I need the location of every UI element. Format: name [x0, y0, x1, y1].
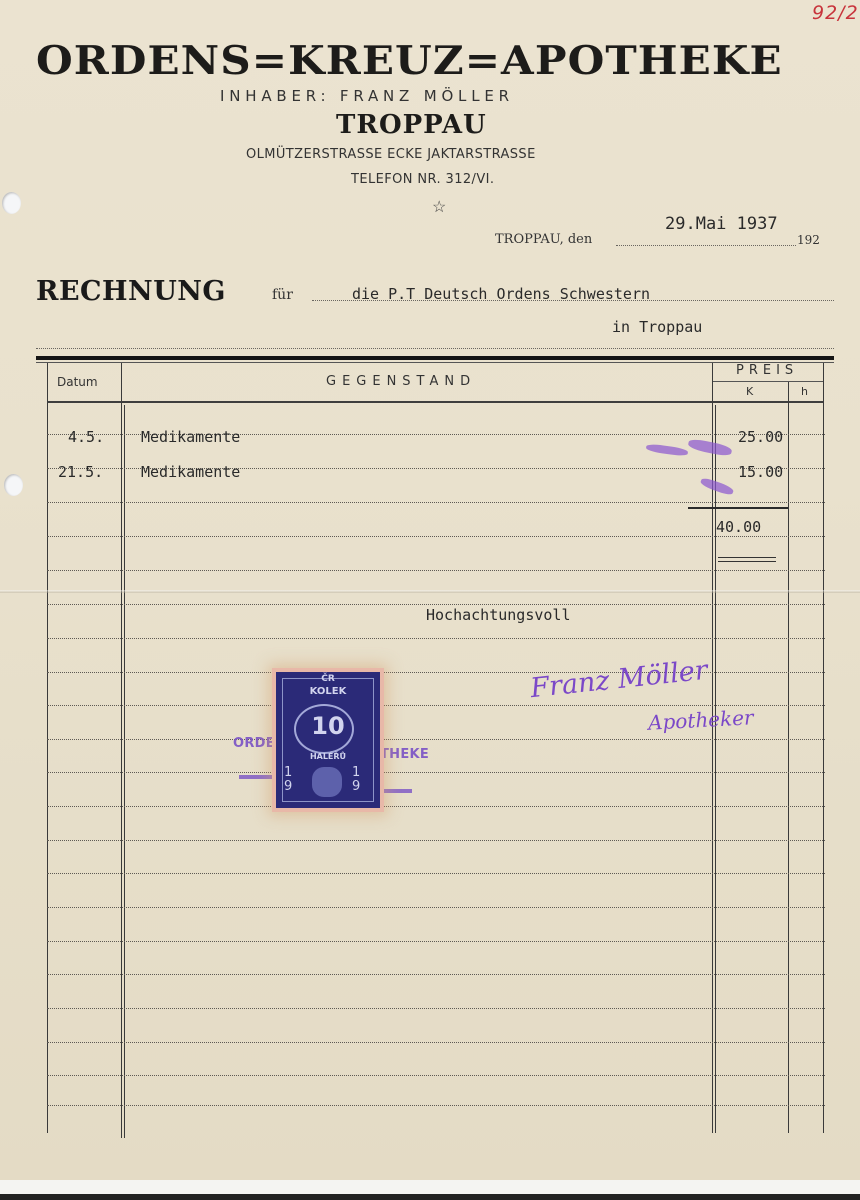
stamp-value: 10: [276, 712, 380, 740]
for-label: für: [272, 287, 293, 303]
row-line: [47, 638, 825, 639]
revenue-stamp: ČR KOLEK 10 HALÉŘŮ 1 9 1 9: [276, 672, 380, 808]
stamp-label: KOLEK: [276, 686, 380, 697]
ink-smudge: [699, 476, 734, 496]
invoice-total: 40.00: [716, 518, 761, 536]
row-line: [47, 840, 825, 841]
price-column-divider-inner: [715, 405, 716, 1133]
price-column-divider: [712, 363, 713, 1133]
header-price-h: h: [801, 385, 808, 398]
row-line: [47, 1042, 825, 1043]
table-right-border: [823, 363, 824, 1133]
row-line: [47, 1105, 825, 1106]
stamp-year-right: 1 9: [352, 766, 370, 794]
owner-line: INHABER: FRANZ MÖLLER: [220, 87, 514, 105]
table-left-border: [47, 363, 48, 1133]
rubber-stamp-right: THEKE: [380, 747, 429, 762]
row-line: [47, 570, 825, 571]
double-underline-1: [718, 557, 776, 558]
row-item: Medikamente: [141, 463, 240, 481]
row-line: [47, 536, 825, 537]
typed-date: 29.Mai 1937: [665, 214, 778, 234]
header-price: PREIS: [736, 363, 798, 378]
invoice-paper: 92/2 ORDENS=KREUZ=APOTHEKE INHABER: FRAN…: [0, 0, 860, 1180]
scan-edge: [0, 1180, 860, 1194]
address-line: OLMÜTZERSTRASSE ECKE JAKTARSTRASSE: [246, 147, 536, 162]
row-amount: 25.00: [738, 428, 783, 446]
year-prefix: 192: [797, 233, 820, 247]
ink-smudge: [687, 438, 732, 458]
header-price-k: K: [746, 385, 753, 398]
signature-title: Apotheker: [647, 705, 754, 734]
stamp-top: ČR: [276, 674, 380, 684]
punch-hole-top: [2, 192, 21, 214]
signature-name: Franz Möller: [529, 655, 709, 704]
row-line: [47, 705, 825, 706]
row-line: [47, 604, 825, 605]
row-line: [47, 806, 825, 807]
paper-fold: [0, 590, 860, 593]
row-line: [47, 941, 825, 942]
rubber-stamp-bar: [239, 775, 279, 779]
city-heading: TROPPAU: [336, 110, 487, 140]
recipient-dotted-line-2: [36, 348, 834, 349]
row-line: [47, 772, 825, 773]
scan-background: [0, 1194, 860, 1200]
recipient-line-1: die P.T Deutsch Ordens Schwestern: [352, 285, 650, 303]
row-line: [47, 739, 825, 740]
row-date: 21.5.: [58, 463, 103, 481]
stamp-year-left: 1 9: [284, 766, 302, 794]
invoice-title: RECHNUNG: [36, 276, 226, 307]
place-label: TROPPAU, den: [495, 232, 592, 247]
k-h-divider: [788, 381, 789, 1133]
company-name: ORDENS=KREUZ=APOTHEKE: [36, 38, 783, 84]
closing-text: Hochachtungsvoll: [426, 606, 571, 624]
row-line: [47, 502, 825, 503]
table-top-thin-rule: [36, 362, 834, 363]
header-date: Datum: [57, 375, 98, 389]
stamp-unit: HALÉŘŮ: [276, 752, 380, 761]
row-line: [47, 907, 825, 908]
star-icon: ☆: [432, 197, 446, 216]
recipient-line-2: in Troppau: [612, 318, 702, 336]
date-column-divider: [121, 363, 122, 1138]
row-line: [47, 1008, 825, 1009]
phone-line: TELEFON NR. 312/VI.: [351, 172, 494, 187]
archive-number: 92/2: [812, 2, 859, 24]
preis-subheader-rule: [713, 381, 823, 382]
header-item: GEGENSTAND: [326, 374, 476, 389]
lion-icon: [312, 767, 342, 797]
row-item: Medikamente: [141, 428, 240, 446]
row-amount: 15.00: [738, 463, 783, 481]
row-line: [47, 974, 825, 975]
row-date: 4.5.: [68, 428, 104, 446]
header-bottom-rule: [47, 401, 823, 403]
row-line: [47, 672, 825, 673]
double-underline-2: [718, 561, 776, 562]
rubber-stamp-bar: [376, 789, 412, 793]
punch-hole-bottom: [4, 474, 23, 496]
date-dotted-line: [616, 245, 796, 246]
ink-smudge: [646, 443, 689, 457]
table-top-rule: [36, 356, 834, 360]
row-line: [47, 1075, 825, 1076]
sum-rule: [688, 507, 788, 509]
row-line: [47, 873, 825, 874]
